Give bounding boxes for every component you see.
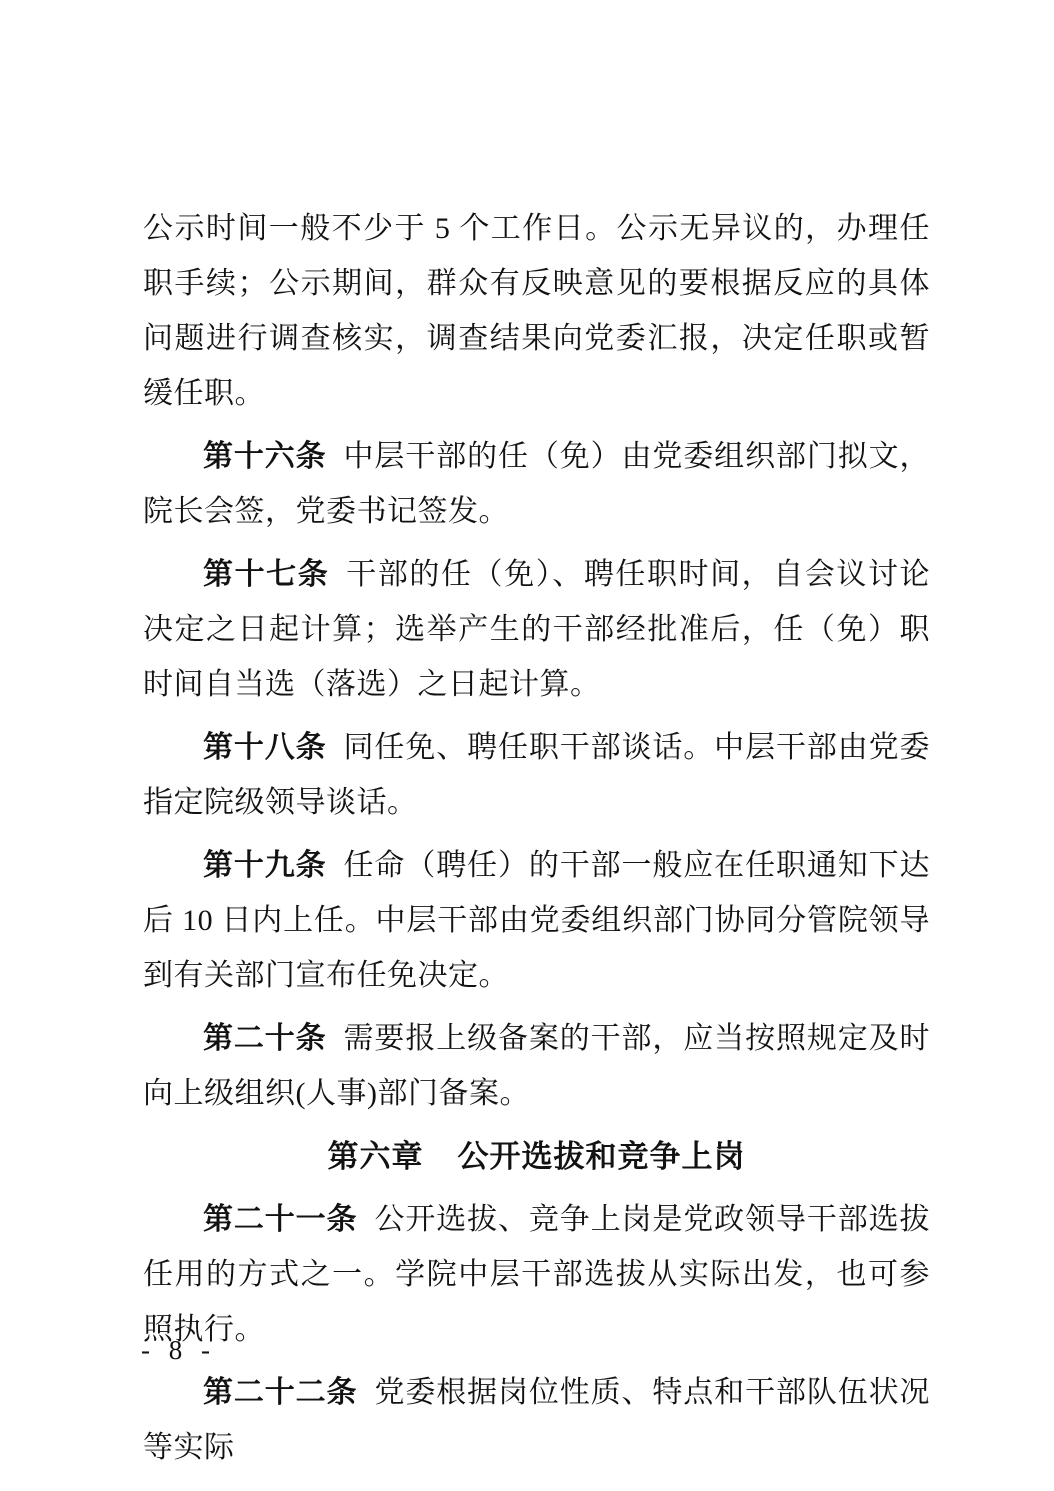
article-22-label: 第二十二条 [203,1376,357,1409]
paragraph-article-18: 第十八条同任免、聘任职干部谈话。中层干部由党委指定院级领导谈话。 [143,720,930,830]
paragraph-article-17: 第十七条干部的任（免）、聘任职时间，自会议讨论决定之日起计算；选举产生的干部经批… [143,547,930,712]
chapter-number: 第六章 [328,1139,424,1174]
paragraph-continuation: 公示时间一般不少于 5 个工作日。公示无异议的，办理任职手续；公示期间，群众有反… [143,201,930,421]
chapter-heading: 第六章公开选拔和竞争上岗 [143,1129,930,1184]
paragraph-article-19: 第十九条任命（聘任）的干部一般应在任职通知下达后 10 日内上任。中层干部由党委… [143,838,930,1003]
paragraph-article-16: 第十六条中层干部的任（免）由党委组织部门拟文，院长会签，党委书记签发。 [143,429,930,539]
paragraph-article-22: 第二十二条党委根据岗位性质、特点和干部队伍状况等实际 [143,1365,930,1475]
article-20-label: 第二十条 [203,1022,327,1055]
article-16-label: 第十六条 [203,440,327,473]
paragraph-article-21: 第二十一条公开选拔、竞争上岗是党政领导干部选拔任用的方式之一。学院中层干部选拔从… [143,1192,930,1357]
chapter-title: 公开选拔和竞争上岗 [458,1139,746,1174]
document-body: 公示时间一般不少于 5 个工作日。公示无异议的，办理任职手续；公示期间，群众有反… [143,201,930,1483]
article-19-label: 第十九条 [203,849,327,882]
article-17-label: 第十七条 [203,558,329,591]
article-18-label: 第十八条 [203,731,327,764]
paragraph-article-20: 第二十条需要报上级备案的干部，应当按照规定及时向上级组织(人事)部门备案。 [143,1011,930,1121]
document-page: 公示时间一般不少于 5 个工作日。公示无异议的，办理任职手续；公示期间，群众有反… [0,0,1054,1491]
article-21-label: 第二十一条 [203,1203,357,1236]
page-number: - 8 - [141,1334,216,1366]
paragraph-text: 公示时间一般不少于 5 个工作日。公示无异议的，办理任职手续；公示期间，群众有反… [143,212,930,410]
